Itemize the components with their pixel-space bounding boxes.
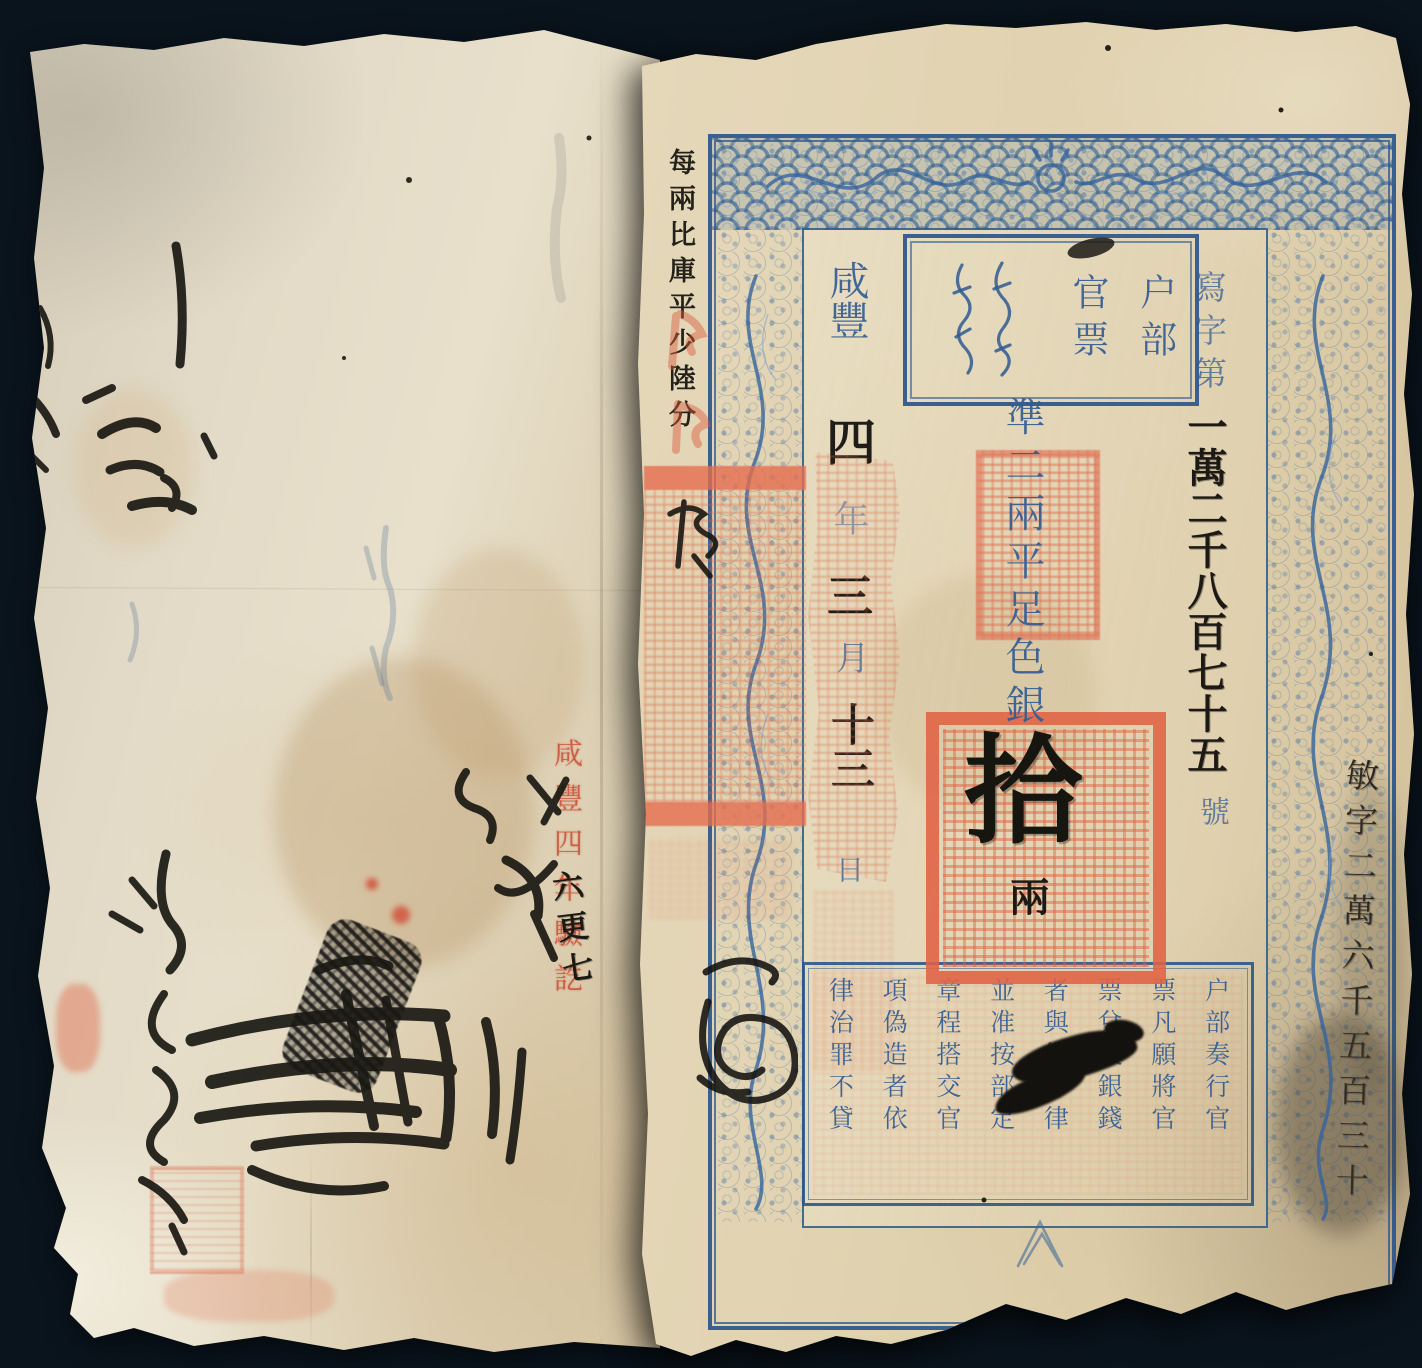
value-unit: 兩 xyxy=(1006,876,1046,916)
red-ink-dot xyxy=(392,906,410,924)
half-seal-body xyxy=(644,490,806,802)
serial-number-handwritten: 一萬二千八百七十五 xyxy=(1184,406,1224,775)
note-back-sheet: 咸豐四年驗訖 六更七 xyxy=(14,8,660,1360)
registration-half-seal xyxy=(644,466,806,918)
note-back-sheet-wrap: 咸豐四年驗訖 六更七 xyxy=(14,8,660,1360)
manchu-script xyxy=(928,255,1038,385)
date-half-seal xyxy=(808,452,900,882)
legal-column: 票兌換銀錢 xyxy=(1096,977,1121,1191)
legal-column: 票凡願將官 xyxy=(1150,977,1175,1191)
legal-column: 章程搭交官 xyxy=(935,977,960,1191)
margin-exchange-note: 每兩比庫平少陸分 xyxy=(666,148,693,478)
fold-crease xyxy=(600,8,603,1360)
value-amount-handwritten: 拾 xyxy=(954,728,1072,846)
title-col-hubu: 户部 xyxy=(1137,273,1174,367)
serial-prefix: 寫字第 xyxy=(1192,270,1225,399)
date-era: 咸豐 xyxy=(826,260,866,340)
half-seal-tail xyxy=(650,838,793,918)
bottom-crease xyxy=(310,1148,312,1360)
legal-column: 並准按部定 xyxy=(989,977,1014,1191)
legal-column: 律治罪不貸 xyxy=(827,977,852,1191)
edge-grime xyxy=(1336,774,1406,1094)
value-printed-text: 準二兩平足色銀 xyxy=(1002,396,1042,732)
legal-column: 户部奏行官 xyxy=(1204,977,1229,1191)
note-inner-panel: 咸豐 四 年 三 月 十三 日 户部 官票 xyxy=(802,228,1268,1228)
serial-suffix: 號 xyxy=(1196,796,1226,826)
black-stamp-impression xyxy=(277,913,428,1098)
half-seal-bottom-bar xyxy=(644,802,806,826)
photo-stage: 咸豐四年驗訖 六更七 xyxy=(0,0,1422,1368)
red-seal-remnant xyxy=(164,1270,334,1322)
red-ink-dot xyxy=(366,878,378,890)
note-front-sheet: 每兩比庫平少陸分 咸豐 四 年 三 月 十三 日 xyxy=(636,14,1418,1366)
red-seal-remnant xyxy=(56,984,100,1072)
paper-specks xyxy=(342,136,592,361)
issuer-title-box: 户部 官票 xyxy=(903,234,1199,406)
half-seal-top-bar xyxy=(644,466,806,490)
title-col-guanpiao: 官票 xyxy=(1069,273,1106,367)
paper-stain xyxy=(74,388,194,548)
cloud-dragon-border-top xyxy=(718,144,1386,228)
wave-border-bottom xyxy=(712,138,1392,230)
note-front-sheet-wrap: 每兩比庫平少陸分 咸豐 四 年 三 月 十三 日 xyxy=(636,14,1418,1366)
legal-column: 項偽造者依 xyxy=(881,977,906,1191)
red-seal-outline-remnant xyxy=(150,1166,244,1274)
